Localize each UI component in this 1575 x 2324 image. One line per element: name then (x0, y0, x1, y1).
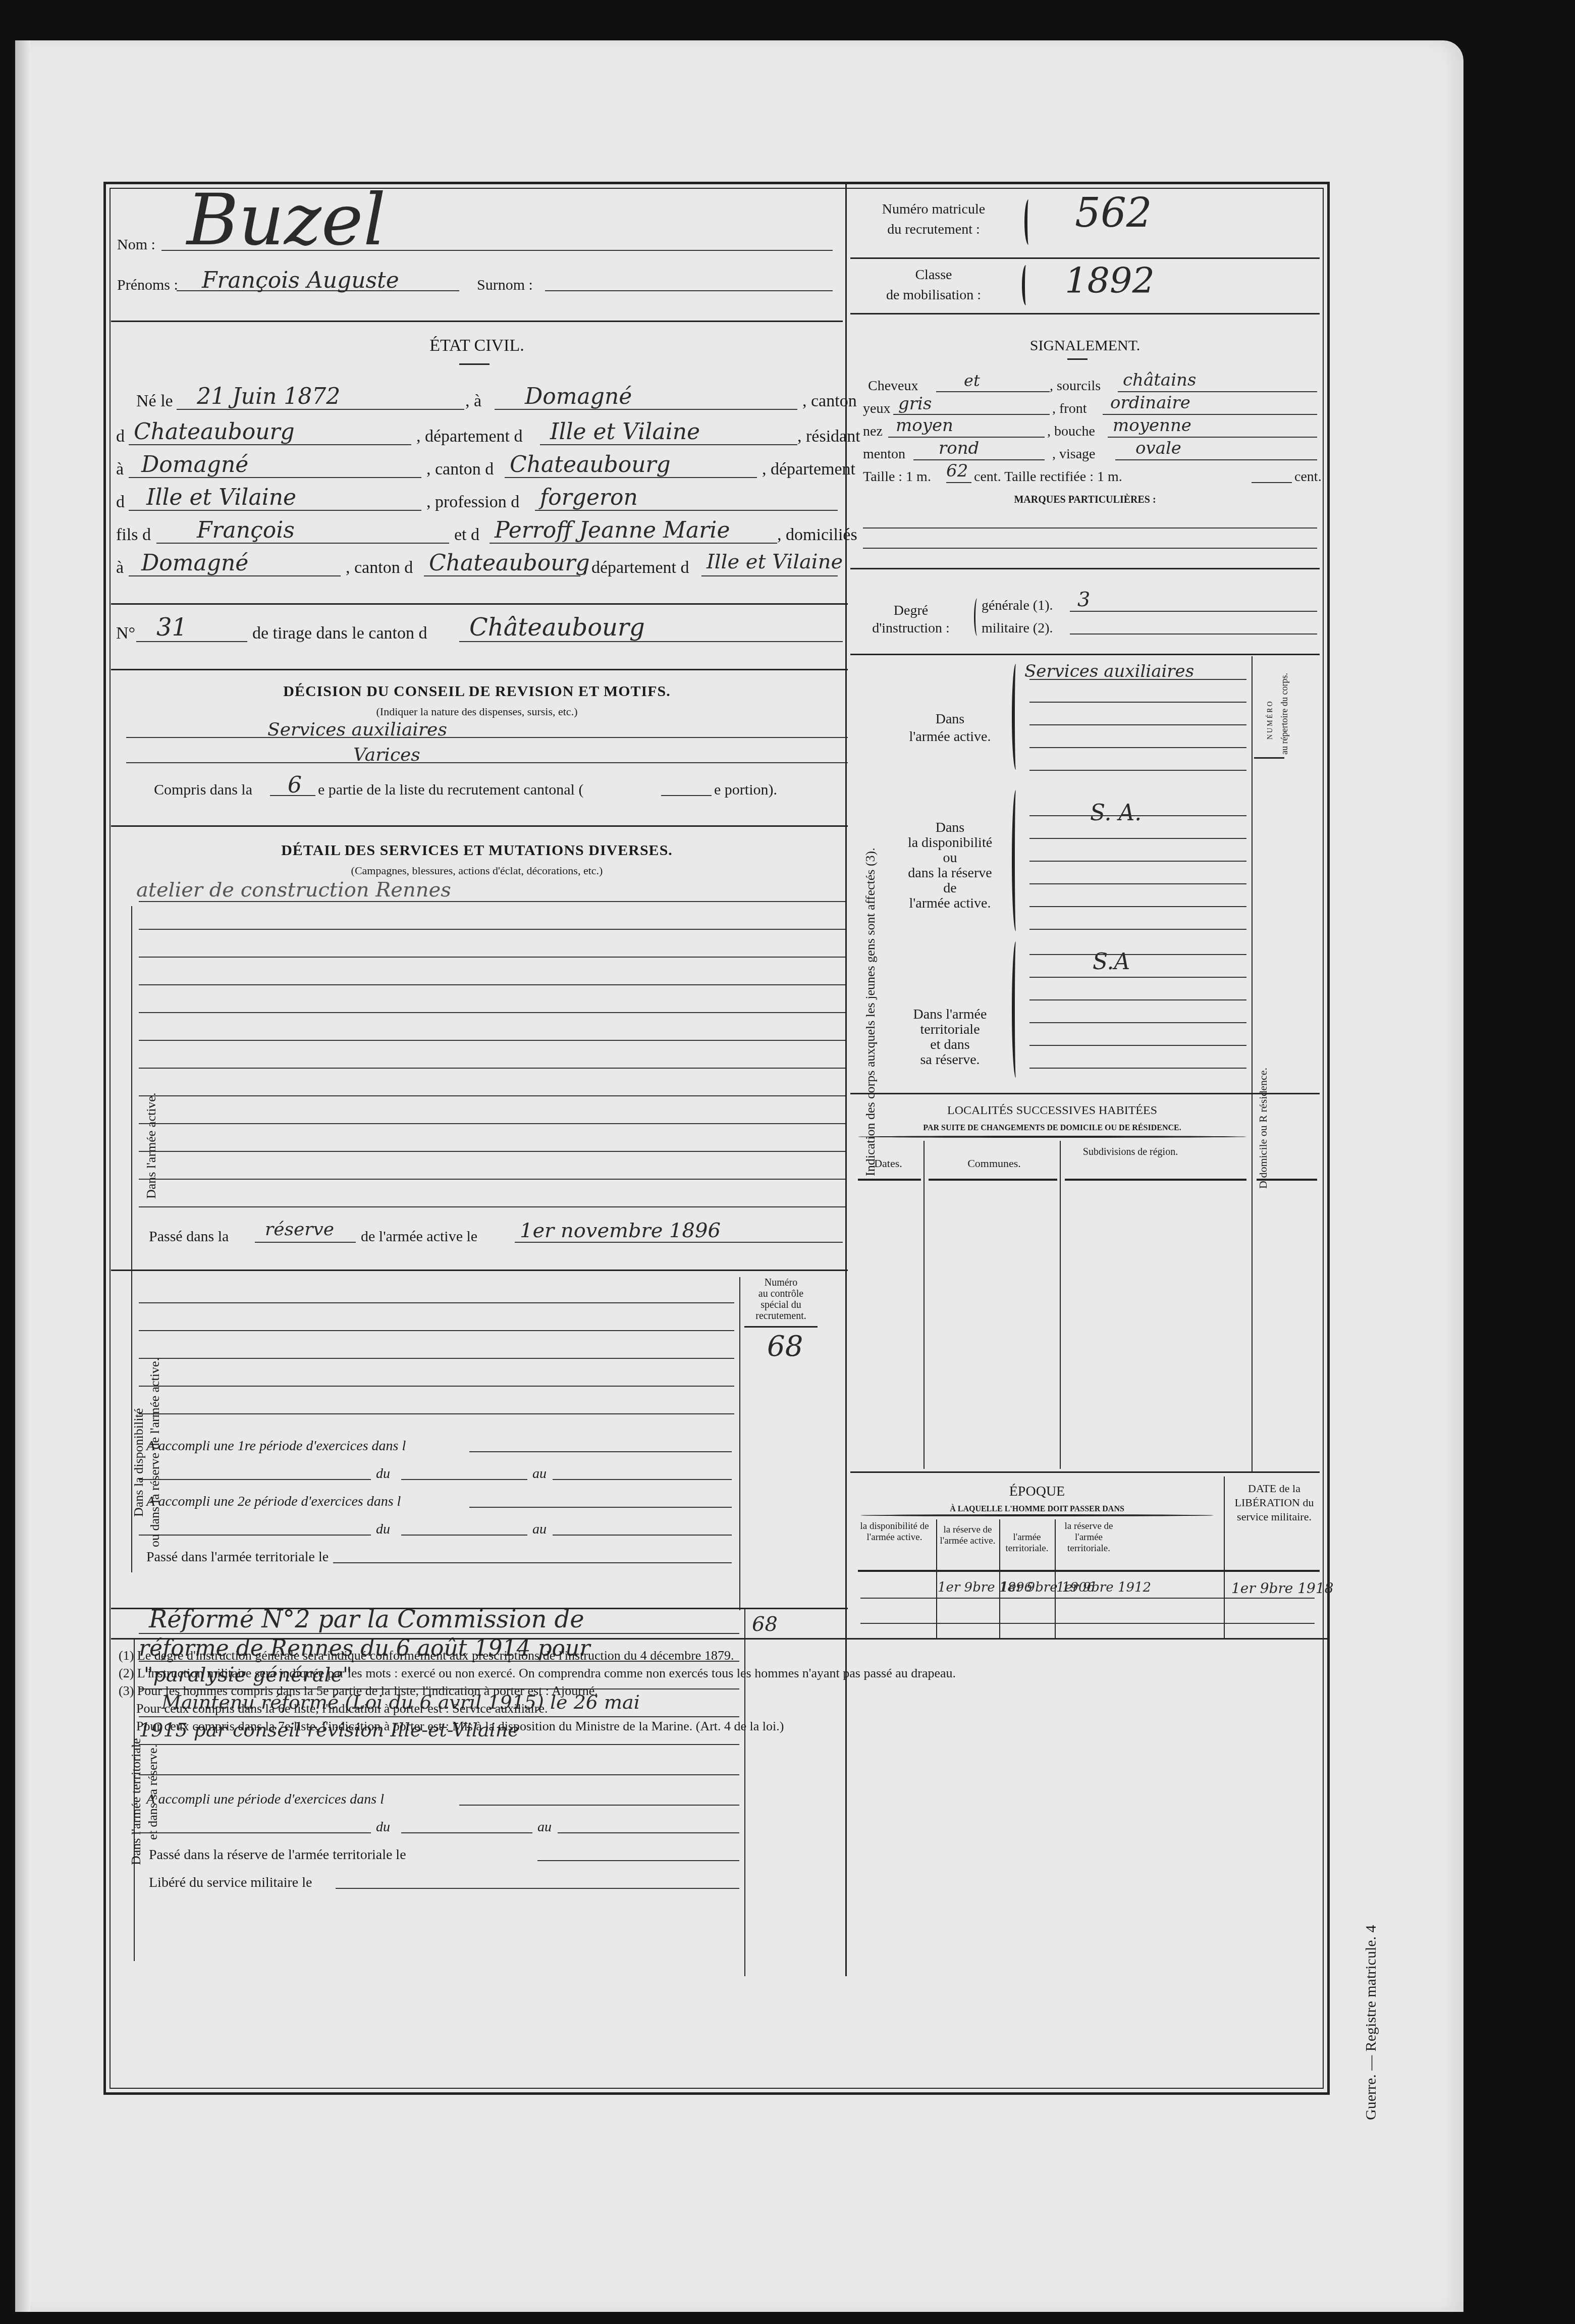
liberation-date: 1er 9bre 1918 (1231, 1580, 1334, 1597)
terr-vertical-label-1: Dans l'armée territoriale (129, 1738, 144, 1865)
liberation-header: DATE de la LIBÉRATION du service militai… (1226, 1482, 1322, 1524)
mother-name: Perroff Jeanne Marie (495, 517, 730, 543)
matricule-form: Nom : Buzel Prénoms : François Auguste S… (103, 182, 1330, 2095)
localites-dr-column: D domicile ou R résidence. (1257, 1103, 1270, 1189)
services-title: DÉTAIL DES SERVICES ET MUTATIONS DIVERSE… (106, 840, 848, 861)
etat-civil-title: ÉTAT CIVIL. (106, 336, 848, 356)
nom-label: Nom : (117, 235, 155, 255)
active-vertical-label: Dans l'armée active. (144, 1093, 159, 1199)
services-subtitle: (Campagnes, blessures, actions d'éclat, … (106, 861, 848, 881)
taille-value: 62 (946, 461, 968, 481)
residence-department: Ille et Vilaine (146, 485, 296, 510)
birth-department: Ille et Vilaine (550, 419, 700, 445)
terr-margin-note: 68 (752, 1613, 778, 1636)
prenoms-label: Prénoms : (117, 275, 178, 295)
corps-active-value: Services auxiliaires (1024, 661, 1194, 681)
register-side-note: Guerre. — Registre matricule. 4 (1363, 1925, 1380, 2120)
tirage-number: 31 (156, 613, 187, 642)
localites-title: LOCALITÉS SUCCESSIVES HABITÉES (850, 1100, 1254, 1121)
classe-year: 1892 (1065, 260, 1155, 301)
signalement-title: SIGNALEMENT. (850, 336, 1320, 356)
decision-subtitle: (Indiquer la nature des dispenses, sursi… (106, 702, 848, 722)
epoque-reserve-territoriale: 1er 9bre 1912 (1056, 1580, 1151, 1595)
parents-domicile: Domagné (141, 550, 248, 576)
corps-dispo-value: S. A. (1090, 800, 1142, 826)
passe-reserve-value: réserve (265, 1219, 334, 1240)
localites-subtitle: PAR SUITE DE CHANGEMENTS DE DOMICILE OU … (850, 1118, 1254, 1138)
prenoms-value: François Auguste (202, 268, 399, 293)
parents-department: Ille et Vilaine (707, 550, 843, 573)
birth-place: Domagné (525, 384, 632, 409)
epoque-title: ÉPOQUE (853, 1482, 1221, 1502)
tirage-canton: Châteaubourg (469, 613, 645, 642)
surnom-line (545, 290, 833, 291)
epoque-subtitle: À LAQUELLE L'HOMME DOIT PASSER DANS (853, 1499, 1221, 1519)
corps-terr-value: S.A (1093, 949, 1130, 975)
dispo-vertical-label-1: Dans la disponibilité (131, 1408, 146, 1517)
instruction-generale-value: 3 (1077, 588, 1090, 611)
surnom-label: Surnom : (477, 275, 533, 295)
compris-part: 6 (288, 772, 302, 798)
residence-place: Domagné (141, 452, 248, 478)
numero-controle-value: 68 (767, 1330, 803, 1363)
birth-canton: Chateaubourg (134, 419, 295, 445)
reforme-line-1: Réformé N°2 par la Commission de (149, 1605, 584, 1633)
residence-canton: Chateaubourg (510, 452, 671, 478)
services-active-line: atelier de construction Rennes (136, 878, 451, 902)
passe-reserve-date: 1er novembre 1896 (520, 1219, 721, 1242)
parents-canton: Chateaubourg (429, 550, 590, 576)
decision-title: DÉCISION DU CONSEIL DE REVISION ET MOTIF… (106, 681, 848, 702)
father-name: François (197, 517, 295, 543)
matricule-number: 562 (1075, 189, 1152, 236)
birth-date: 21 Juin 1872 (197, 384, 340, 409)
nom-value: Buzel (187, 179, 386, 261)
profession: forgeron (540, 485, 638, 510)
